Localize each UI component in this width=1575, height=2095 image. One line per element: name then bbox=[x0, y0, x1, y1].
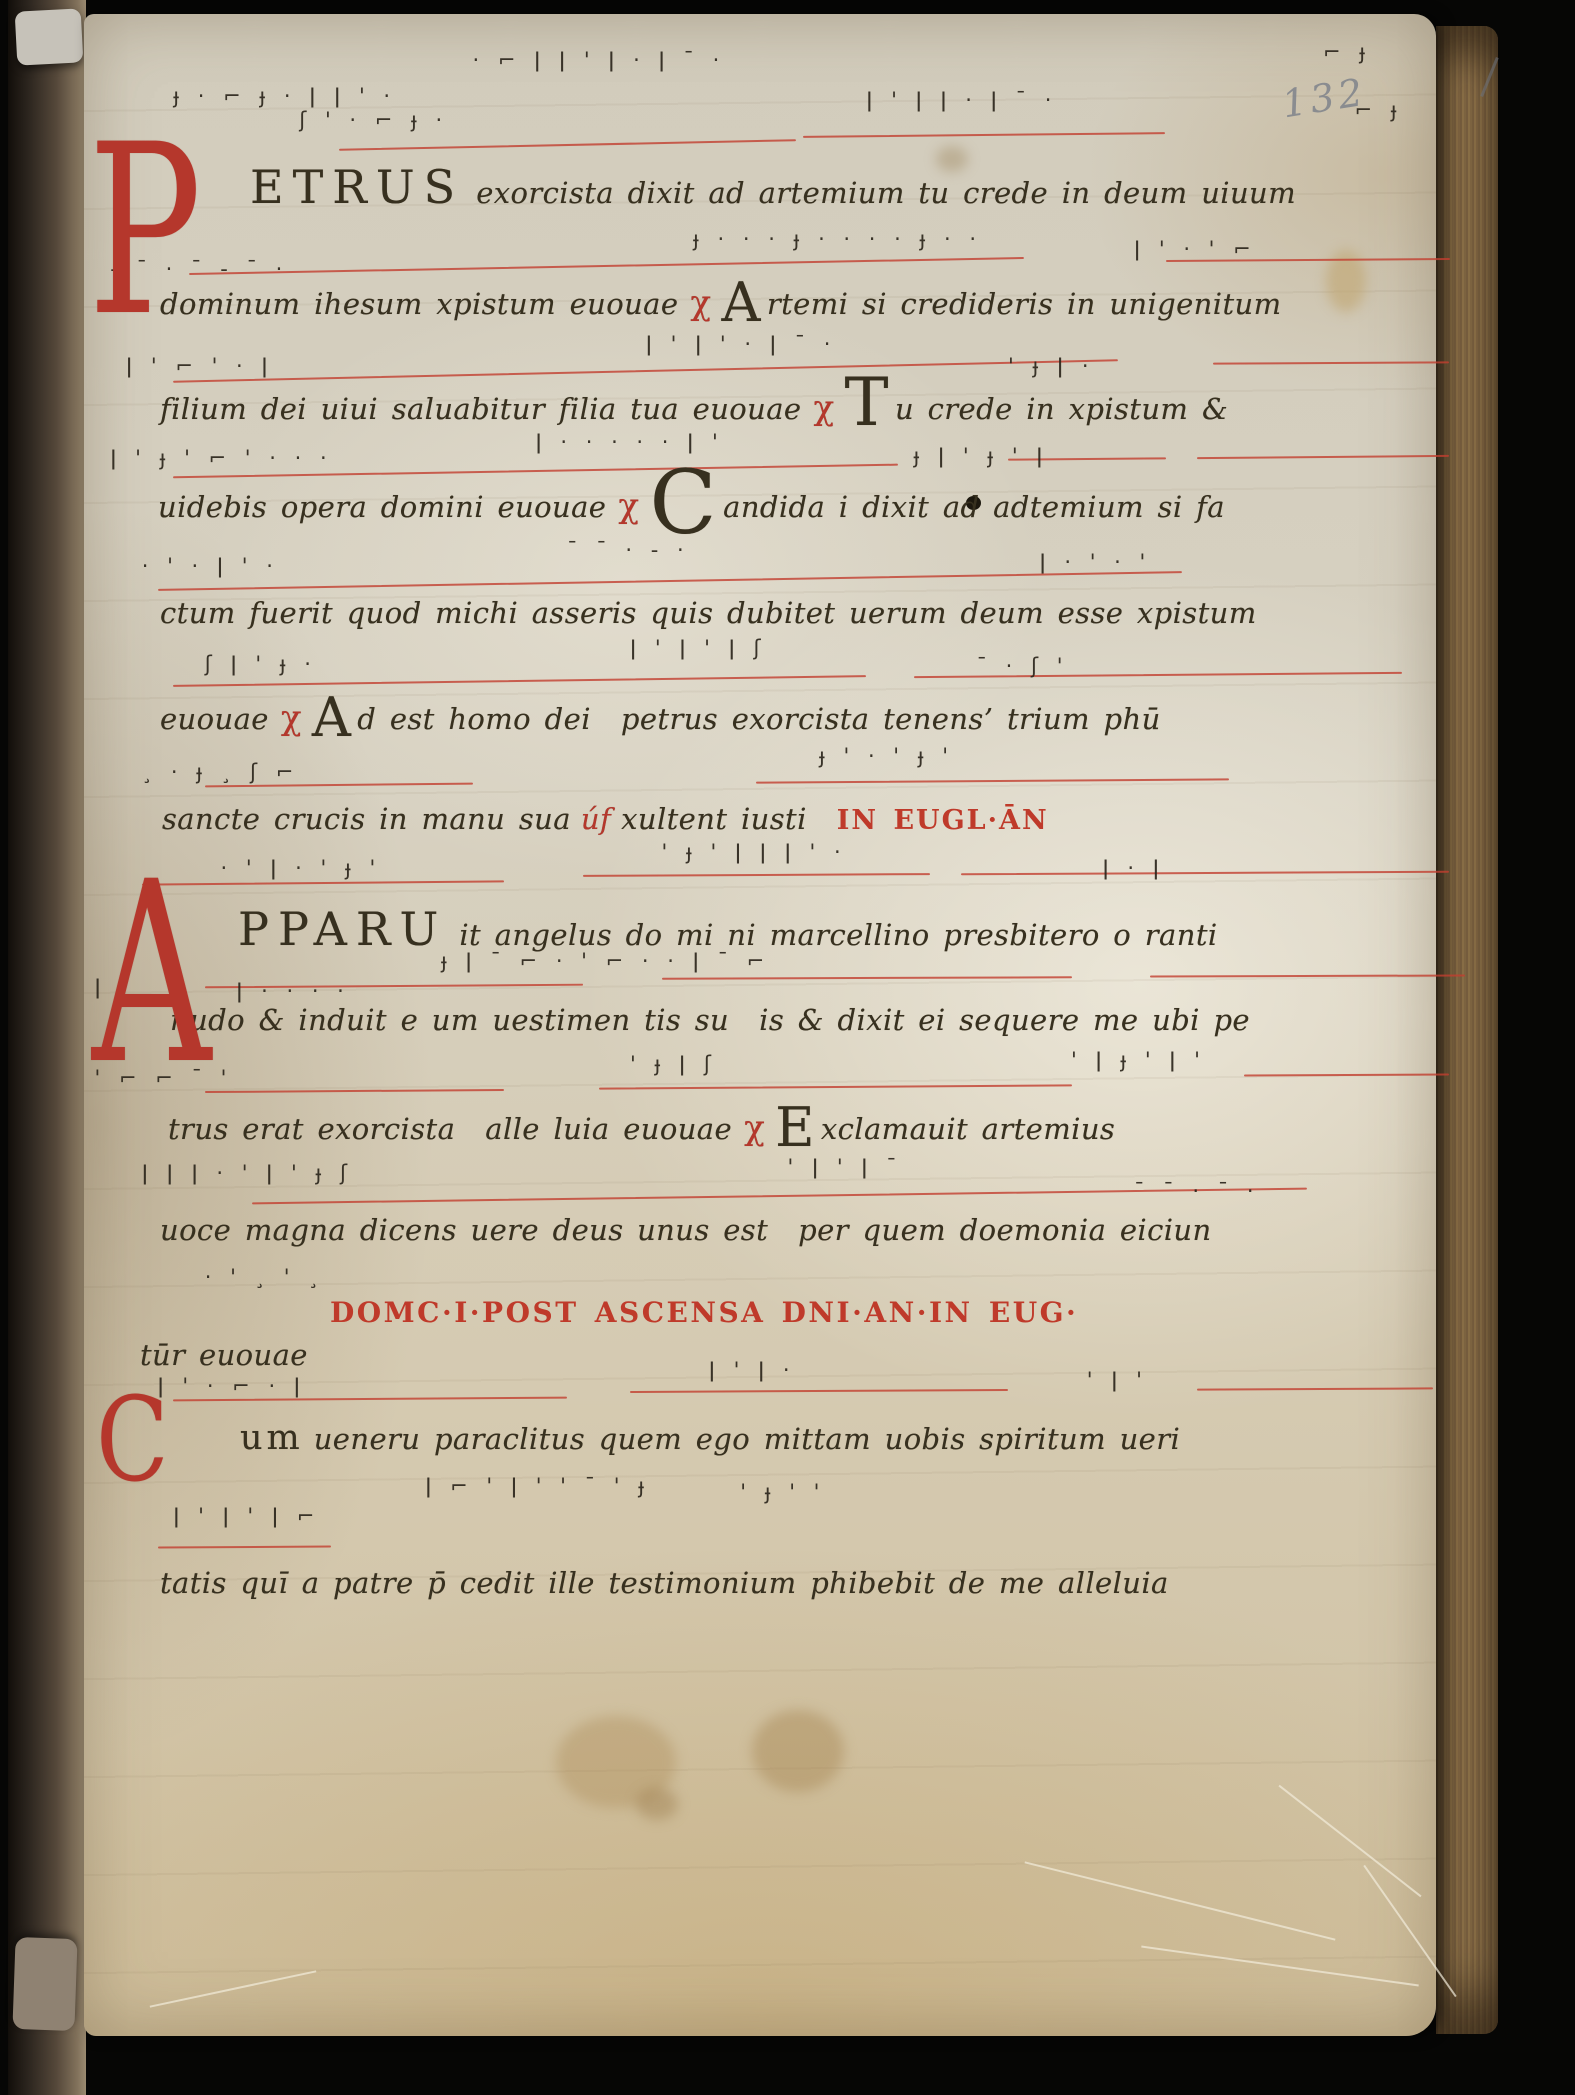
neume-row: ɟ ǀ ¯ ⌐ · ' ⌐ · · ǀ ¯ ⌐ bbox=[441, 949, 770, 973]
staff-line bbox=[1244, 1073, 1449, 1076]
chant-capital: A bbox=[721, 271, 760, 334]
neume-row: ǀ ' ǀ ǀ · ǀ ¯ · bbox=[866, 88, 1057, 112]
staff-line bbox=[1213, 361, 1449, 365]
chant-text: d est homo dei bbox=[357, 702, 591, 736]
verse-divider-mark: χ bbox=[744, 1108, 765, 1148]
chant-text: euouae bbox=[160, 702, 269, 736]
chant-text: dominum ihesum xpistum euouae bbox=[160, 287, 678, 321]
staff-line bbox=[205, 1089, 504, 1093]
chant-text: uidebis opera domini euouae bbox=[158, 490, 606, 524]
neume-row: ɟ · · · ɟ · · · · ɟ · · bbox=[693, 227, 982, 251]
neume-row: ǀ ' · ' ⌐ bbox=[1134, 237, 1257, 261]
staff-line bbox=[158, 571, 1182, 591]
staff-line bbox=[1197, 1387, 1433, 1391]
neume-row: ' ɟ ' ǀ ǀ ǀ ' · bbox=[662, 840, 847, 864]
text-line: uidebis opera domini euouaeχCandida i di… bbox=[158, 486, 1225, 526]
neume-row: ¯ · ʃ ' bbox=[977, 654, 1069, 678]
neume-row: ǀ ' ɟ ' ⌐ ' · · · bbox=[110, 446, 332, 470]
incipit-capitals: ETRUS bbox=[250, 160, 464, 214]
staff-line bbox=[961, 871, 1449, 876]
parchment-crease bbox=[1141, 1946, 1419, 1987]
text-line: tatis quī a patre p̄ cedit ille testimon… bbox=[160, 1566, 1169, 1600]
chant-text: andida i dixit ad adtemium si fa bbox=[723, 490, 1225, 524]
neume-row: ' ɟ ǀ ʃ bbox=[630, 1052, 717, 1076]
neume-row: · ' · ǀ ' · bbox=[142, 554, 279, 578]
verse-divider-mark: χ bbox=[618, 486, 639, 526]
text-line: ctum fuerit quod michi asseris quis dubi… bbox=[160, 596, 1257, 630]
chant-text: tūr euouae bbox=[140, 1338, 308, 1372]
neume-row: ' ɟ ' ' bbox=[740, 1480, 825, 1504]
text-line: sancte crucis in manu suaúfxultent iusti… bbox=[162, 802, 1049, 836]
rubric-inline: úf bbox=[581, 802, 611, 836]
photo-background: 132 · ⌐ ǀ ǀ ' ǀ · ǀ ¯ ·⌐ ɟɟ · ⌐ ɟ · ǀ ǀ … bbox=[0, 0, 1575, 2095]
stain bbox=[752, 1710, 844, 1792]
chant-text: it angelus do mi ni marcellino presbiter… bbox=[459, 918, 1217, 952]
chant-text: xultent iusti bbox=[621, 802, 807, 836]
parchment-crease bbox=[1363, 1865, 1456, 1997]
staff-line bbox=[189, 257, 1024, 275]
neume-row: ǀ ⌐ ' ǀ ' ' ¯ ' ɟ bbox=[425, 1474, 650, 1498]
staff-line bbox=[803, 132, 1165, 138]
chant-text: exorcista dixit ad artemium tu crede in … bbox=[476, 176, 1296, 210]
chant-capital: T bbox=[845, 364, 889, 441]
staff-line bbox=[756, 778, 1229, 784]
text-line: DOMC·I·POST ASCENSA DNI·AN·IN EUG· bbox=[330, 1295, 1078, 1329]
neume-row: ʃ ' · ⌐ ɟ · bbox=[299, 108, 448, 132]
chant-text: uoce magna dicens uere deus unus est bbox=[160, 1213, 768, 1247]
chant-capital: E bbox=[775, 1096, 815, 1159]
rubric-inline-heading: IN EUGL·ĀN bbox=[837, 805, 1049, 836]
text-line: euouaeχAd est homo deipetrus exorcista t… bbox=[160, 698, 1161, 738]
illuminated-initial-P: P bbox=[88, 140, 202, 323]
neume-row: ' ǀ ɟ ' ǀ ' bbox=[1071, 1048, 1206, 1072]
verse-divider-mark: χ bbox=[281, 698, 302, 738]
neume-row: · ' ǀ · ' ɟ ' bbox=[221, 856, 382, 880]
parchment-crease bbox=[150, 1970, 317, 2007]
text-line: ETRUSexorcista dixit ad artemium tu cred… bbox=[250, 160, 1296, 214]
chant-text: is & dixit ei sequere me ubi pe bbox=[759, 1003, 1250, 1037]
text-line: trus erat exorcistaalle luia euouaeχExcl… bbox=[168, 1108, 1115, 1148]
neume-row: ǀ ' ǀ · bbox=[709, 1358, 796, 1382]
neume-row: ǀ ' ǀ ' · ǀ ¯ · bbox=[646, 332, 837, 356]
staff-line bbox=[598, 1084, 1071, 1090]
chant-overlay: 132 · ⌐ ǀ ǀ ' ǀ · ǀ ¯ ·⌐ ɟɟ · ⌐ ɟ · ǀ ǀ … bbox=[0, 0, 1575, 2095]
neume-row: ǀ ' ǀ ' ǀ ʃ bbox=[630, 636, 767, 660]
chant-text: alle luia euouae bbox=[485, 1112, 732, 1146]
chant-text: nudo & induit e um uestimen tis su bbox=[170, 1003, 729, 1037]
pencil-slash-mark bbox=[1480, 57, 1499, 97]
chant-text: per quem doemonia eiciun bbox=[798, 1213, 1211, 1247]
neume-row: · ' ¸ ' ¸ bbox=[205, 1265, 325, 1289]
chant-text: filium dei uiui saluabitur filia tua euo… bbox=[160, 392, 802, 426]
neume-row: ' ǀ ' bbox=[1087, 1368, 1148, 1392]
verse-divider-mark: χ bbox=[690, 283, 711, 323]
neume-row: ⌐ ɟ bbox=[1323, 40, 1371, 64]
chant-text: rtemi si credideris in unigenitum bbox=[767, 287, 1282, 321]
neume-row: ǀ ' · ⌐ · ǀ bbox=[158, 1374, 306, 1398]
chant-text: tatis quī a patre p̄ cedit ille testimon… bbox=[160, 1566, 1169, 1600]
staff-line bbox=[173, 359, 1118, 383]
neume-row: ǀ · ǀ bbox=[1103, 856, 1165, 880]
chant-text: ueneru paraclitus quem ego mittam uobis … bbox=[314, 1422, 1180, 1456]
illuminated-initial-C: C bbox=[96, 1396, 169, 1486]
text-line: filium dei uiui saluabitur filia tua euo… bbox=[160, 388, 1228, 428]
incipit-capitals: PPARU bbox=[238, 902, 447, 956]
neume-row: ǀ · ' · ' bbox=[1040, 550, 1152, 574]
staff-line bbox=[583, 873, 930, 877]
neume-row: ʃ ǀ ' ɟ · bbox=[205, 652, 317, 676]
chant-text: petrus exorcista tenens’ trium phū bbox=[621, 702, 1161, 736]
staff-line bbox=[173, 675, 866, 687]
neume-row: ǀ ǀ ǀ · ' ǀ ' ɟ ʃ bbox=[142, 1161, 353, 1185]
neume-row: ' ɟ ǀ · bbox=[1008, 354, 1095, 378]
text-line: PPARUit angelus do mi ni marcellino pres… bbox=[238, 902, 1218, 956]
parchment-crease bbox=[1025, 1861, 1336, 1940]
text-line: dominum ihesum xpistum euouaeχArtemi si … bbox=[160, 283, 1281, 323]
staff-line bbox=[661, 976, 1071, 980]
stain bbox=[636, 1788, 678, 1820]
text-line: tūr euouae bbox=[140, 1338, 308, 1372]
parchment-crease bbox=[1278, 1785, 1421, 1897]
staff-line bbox=[1150, 974, 1465, 977]
text-line: nudo & induit e um uestimen tis suis & d… bbox=[170, 1003, 1250, 1037]
chant-capital: A bbox=[312, 686, 351, 749]
chant-text: xclamauit artemius bbox=[821, 1112, 1115, 1146]
neume-row: ɟ · ⌐ ɟ · ǀ ǀ ' · bbox=[173, 84, 396, 108]
verse-divider-mark: χ bbox=[814, 388, 835, 428]
text-line: umueneru paraclitus quem ego mittam uobi… bbox=[240, 1418, 1180, 1458]
staff-line bbox=[339, 139, 796, 151]
neume-row: ǀ ' ǀ ' ǀ ⌐ bbox=[173, 1504, 320, 1528]
chant-text: ctum fuerit quod michi asseris quis dubi… bbox=[160, 596, 1257, 630]
staff-line bbox=[157, 1546, 330, 1549]
neume-row: ɟ ǀ ' ɟ ' ǀ bbox=[914, 444, 1049, 468]
staff-line bbox=[1197, 455, 1449, 459]
neume-row: ' ǀ ' ǀ ¯ bbox=[788, 1155, 903, 1179]
neume-row: ⌐ ɟ bbox=[1355, 98, 1403, 122]
illuminated-initial-A: A bbox=[92, 876, 211, 1071]
staff-line bbox=[630, 1389, 1008, 1393]
neume-row: ¯ ¯ · - · bbox=[567, 538, 690, 562]
neume-row: ¸ · ɟ ¸ ʃ ⌐ bbox=[142, 760, 300, 784]
neume-row: ɟ ' · ' ɟ ' bbox=[819, 744, 954, 768]
neume-row: · ⌐ ǀ ǀ ' ǀ · ǀ ¯ · bbox=[473, 48, 726, 72]
chant-text: u crede in xpistum & bbox=[895, 392, 1228, 426]
rubric-heading: DOMC·I·POST ASCENSA DNI·AN·IN EUG· bbox=[330, 1296, 1078, 1329]
incipit-capitals: um bbox=[240, 1418, 304, 1458]
neume-row: ǀ · · · · bbox=[236, 979, 350, 1003]
neume-row: ¯ ¯ · ¯ · bbox=[1134, 1179, 1260, 1203]
chant-text: sancte crucis in manu sua bbox=[162, 802, 571, 836]
text-line: uoce magna dicens uere deus unus estper … bbox=[160, 1213, 1212, 1247]
